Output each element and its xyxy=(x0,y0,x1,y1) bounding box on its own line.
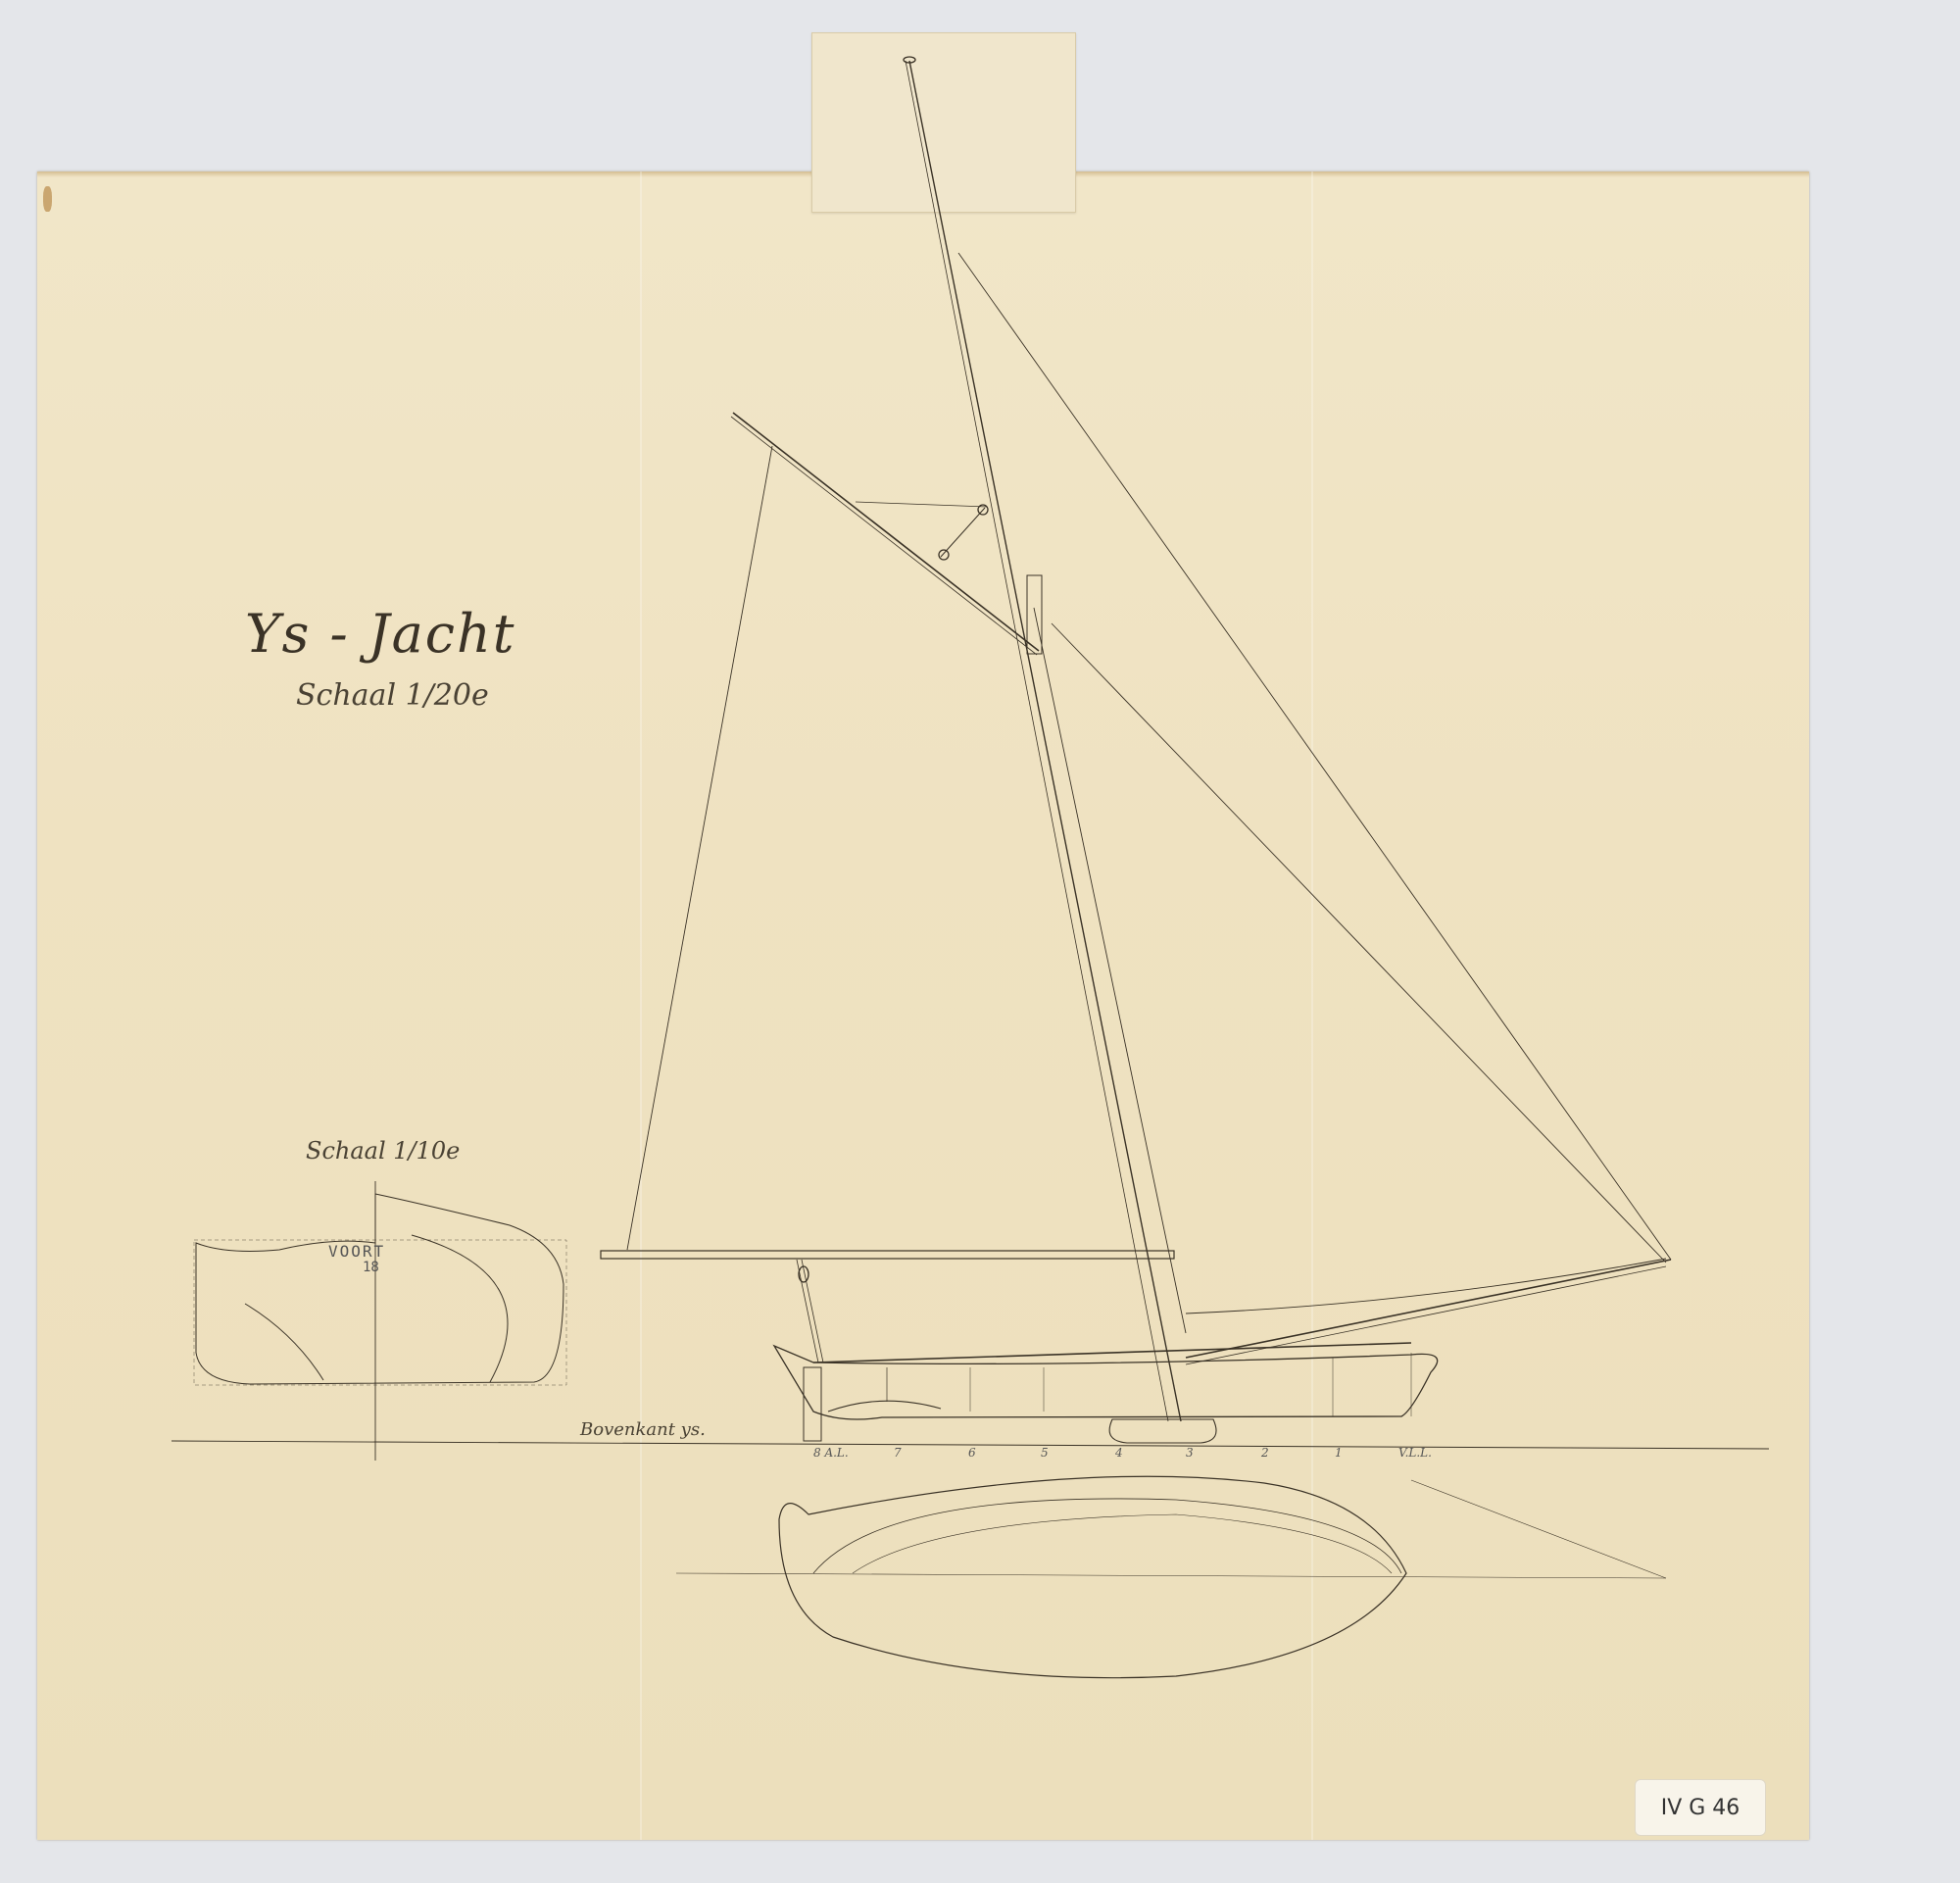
station-label: 1 xyxy=(1335,1446,1343,1460)
catalog-number-label: IV G 46 xyxy=(1635,1779,1766,1836)
rigging xyxy=(627,253,1671,1333)
gaff xyxy=(731,413,1039,655)
hull-plan-view xyxy=(676,1476,1666,1677)
bowsprit xyxy=(1186,1260,1671,1358)
section-scale-label: Schaal 1/10e xyxy=(306,1137,460,1164)
hull-profile xyxy=(774,1343,1438,1443)
station-label: 6 xyxy=(968,1446,976,1460)
boom xyxy=(601,1251,1174,1363)
station-label: 8 A.L. xyxy=(813,1446,849,1460)
body-section-view xyxy=(194,1181,566,1461)
station-label: V.L.L. xyxy=(1398,1446,1432,1460)
ship-plan-drawing xyxy=(0,0,1960,1883)
station-label: 5 xyxy=(1041,1446,1049,1460)
drawing-title: Ys - Jacht xyxy=(245,603,516,665)
waterline-label: Bovenkant ys. xyxy=(580,1419,706,1440)
main-scale-label: Schaal 1/20e xyxy=(296,678,489,713)
section-number: 18 xyxy=(363,1260,379,1275)
section-label: VOORT xyxy=(328,1242,385,1261)
mast xyxy=(904,57,1181,1421)
station-label: 4 xyxy=(1115,1446,1123,1460)
station-label: 3 xyxy=(1186,1446,1194,1460)
station-label: 2 xyxy=(1261,1446,1269,1460)
station-label: 7 xyxy=(894,1446,902,1460)
